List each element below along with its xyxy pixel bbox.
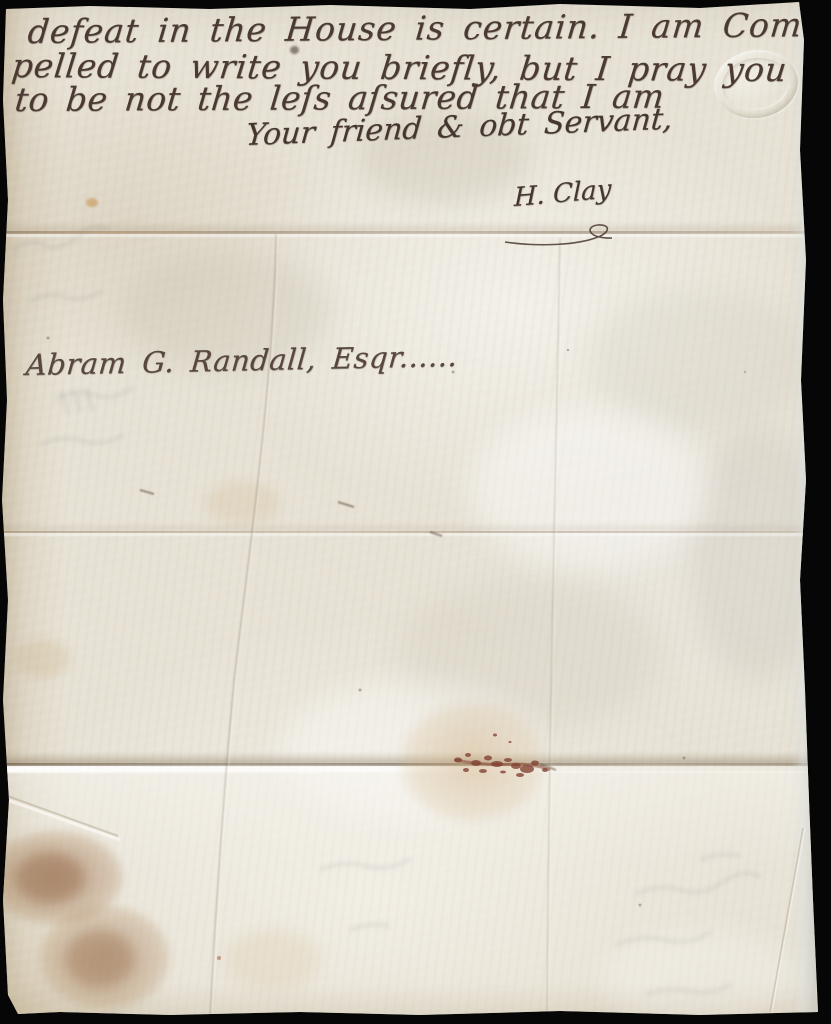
stain-bottom-faint [225, 930, 320, 990]
letter-addressee: Abram G. Randall, Esqr...... [25, 339, 460, 382]
stain-center-speckles [454, 734, 550, 778]
right-edge-fold-strip [792, 0, 816, 1014]
fold-crease-horizontal-2-shadow [0, 523, 806, 531]
wrinkle-shade [690, 430, 830, 680]
stain-bottom-left-1-core [15, 852, 85, 904]
signature-flourish [505, 225, 612, 245]
fold-crease-vertical-2 [547, 238, 562, 1016]
wrinkle-highlight [600, 930, 800, 1024]
letter-signature: H. Clay [514, 174, 612, 213]
diagonal-crease-bottom-left [2, 794, 120, 840]
fold-crease-horizontal-1-highlight [0, 234, 804, 237]
fold-crease-horizontal-2 [0, 531, 806, 533]
stain-center-halo [400, 702, 545, 822]
paper-texture-overlay [0, 0, 831, 1024]
wrinkle-highlight [280, 680, 540, 820]
top-right-paper-sliver [799, 0, 826, 22]
crease-stitch-marks [140, 490, 556, 770]
paper-flecks [47, 337, 747, 961]
wrinkle-shade [400, 580, 660, 730]
wrinkle-shade [590, 290, 810, 430]
fold-crease-horizontal-3-shadow [0, 752, 808, 764]
stain-middle-faint [205, 482, 280, 524]
stain-bottom-left-2 [40, 905, 170, 1010]
stain-left-faint [15, 640, 70, 678]
fold-crease-horizontal-2-highlight [0, 533, 806, 536]
wrinkle-highlight [470, 410, 710, 570]
fold-crease-horizontal-3-highlight [0, 766, 812, 773]
fold-crease-horizontal-1 [0, 231, 804, 234]
letter-body-line-1: defeat in the House is certain. I am Com… [26, 5, 816, 51]
stain-top-fleck [86, 198, 98, 207]
stain-bottom-left-1 [0, 830, 123, 925]
diagonal-crease-bottom-right [770, 828, 805, 1012]
stain-bottom-left-2-core [65, 930, 135, 988]
bottom-flap [0, 771, 831, 1014]
fold-crease-horizontal-3 [0, 763, 808, 766]
scanned-letter-page: defeat in the House is certain. I am Com… [0, 0, 831, 1024]
fold-crease-horizontal-1-shadow [0, 222, 804, 232]
letter-paper: defeat in the House is certain. I am Com… [0, 0, 831, 1024]
